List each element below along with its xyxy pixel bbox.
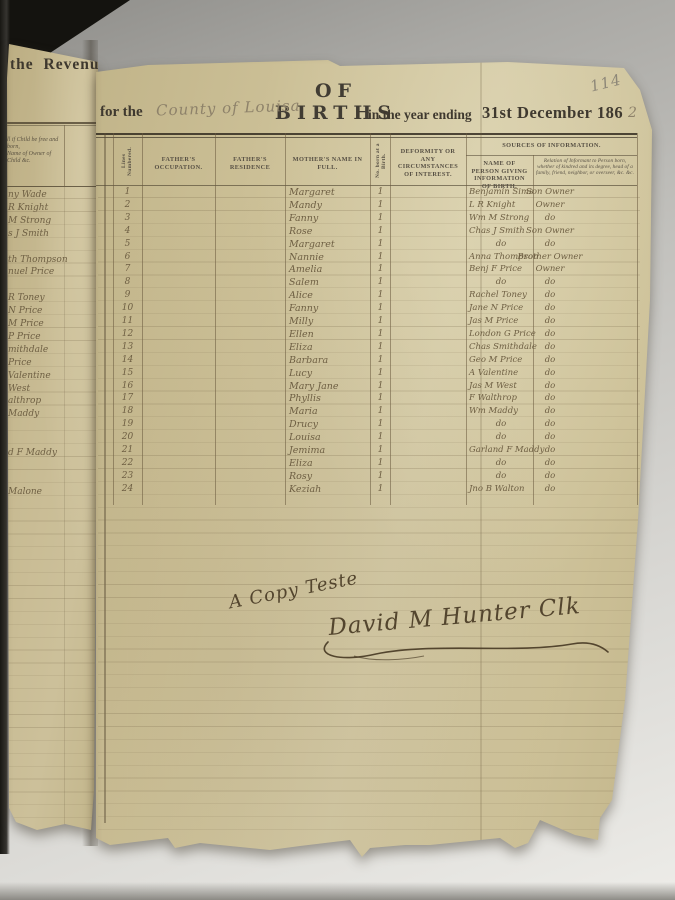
- row-number: 9: [113, 290, 142, 300]
- informant-relation: do: [508, 432, 592, 442]
- births-count: 1: [371, 187, 390, 197]
- row-number: 1: [113, 187, 142, 197]
- row-number: 5: [113, 239, 142, 249]
- left-entry: M Strong: [8, 216, 51, 226]
- births-count: 1: [371, 406, 390, 416]
- informant-relation: do: [508, 355, 592, 365]
- row-number: 14: [113, 355, 142, 365]
- table-row: 24Keziah1Jno B Waltondo: [88, 484, 663, 497]
- left-entry: P Price: [8, 332, 41, 342]
- row-number: 4: [113, 226, 142, 236]
- mother-name: Drucy: [289, 419, 369, 430]
- table-row: 14Barbara1Geo M Pricedo: [88, 355, 663, 368]
- births-count: 1: [371, 355, 390, 365]
- main-page: 114 OF BIRTHS for the County of Louisa i…: [88, 52, 663, 862]
- births-count: 1: [371, 316, 390, 326]
- births-count: 1: [371, 264, 390, 274]
- births-count: 1: [371, 290, 390, 300]
- births-count: 1: [371, 458, 390, 468]
- births-count: 1: [371, 368, 390, 378]
- table-row: 9Alice1Rachel Toneydo: [88, 290, 663, 303]
- mother-name: Phyllis: [289, 393, 369, 404]
- left-page: the Revenue ll if Child be free and born…: [7, 38, 98, 838]
- row-number: 3: [113, 213, 142, 223]
- left-entry: Malone: [8, 487, 42, 497]
- table-row: 22Eliza1dodo: [88, 458, 663, 471]
- table-row: 16Mary Jane1Jas M Westdo: [88, 381, 663, 394]
- births-count: 1: [371, 200, 390, 210]
- row-number: 24: [113, 484, 142, 494]
- mother-name: Rosy: [289, 471, 369, 482]
- row-number: 13: [113, 342, 142, 352]
- informant-relation: Owner: [508, 200, 592, 210]
- informant-relation: do: [508, 316, 592, 326]
- table-row: 10Fanny1Jane N Pricedo: [88, 303, 663, 316]
- left-entries: ny WadeR KnightM Strongs J Smithth Thomp…: [7, 38, 98, 838]
- mother-name: Margaret: [289, 239, 369, 250]
- photo-bottom-shadow: [0, 882, 675, 900]
- births-count: 1: [371, 329, 390, 339]
- row-number: 19: [113, 419, 142, 429]
- informant-relation: do: [508, 290, 592, 300]
- informant-relation: do: [508, 445, 592, 455]
- mother-name: Salem: [289, 277, 369, 288]
- table-row: 19Drucy1dodo: [88, 419, 663, 432]
- row-number: 23: [113, 471, 142, 481]
- mother-name: Fanny: [289, 303, 369, 314]
- births-count: 1: [371, 445, 390, 455]
- mother-name: Mandy: [289, 200, 369, 211]
- table-row: 21Jemima1Garland F Maddydo: [88, 445, 663, 458]
- mother-name: Lucy: [289, 368, 369, 379]
- left-entry: nuel Price: [8, 267, 54, 277]
- row-number: 10: [113, 303, 142, 313]
- row-number: 22: [113, 458, 142, 468]
- births-count: 1: [371, 213, 390, 223]
- mother-name: Keziah: [289, 484, 369, 495]
- informant-relation: do: [508, 419, 592, 429]
- informant-relation: do: [508, 368, 592, 378]
- left-page-sheet: the Revenue ll if Child be free and born…: [7, 38, 98, 838]
- table-row: 2Mandy1L R KnightOwner: [88, 200, 663, 213]
- informant-relation: do: [508, 406, 592, 416]
- births-count: 1: [371, 471, 390, 481]
- row-number: 7: [113, 264, 142, 274]
- table-row: 6Nannie1Anna ThompsonBrother Owner: [88, 252, 663, 265]
- births-count: 1: [371, 484, 390, 494]
- row-number: 6: [113, 252, 142, 262]
- informant-relation: do: [508, 239, 592, 249]
- table-row: 3Fanny1Wm M Strongdo: [88, 213, 663, 226]
- row-number: 16: [113, 381, 142, 391]
- mother-name: Jemima: [289, 445, 369, 456]
- mother-name: Barbara: [289, 355, 369, 366]
- table-row: 12Ellen1London G Pricedo: [88, 329, 663, 342]
- births-count: 1: [371, 393, 390, 403]
- births-count: 1: [371, 226, 390, 236]
- mother-name: Maria: [289, 406, 369, 417]
- informant-relation: do: [508, 484, 592, 494]
- table-row: 11Milly1Jas M Pricedo: [88, 316, 663, 329]
- informant-relation: do: [508, 342, 592, 352]
- table-row: 17Phyllis1F Walthropdo: [88, 393, 663, 406]
- row-number: 20: [113, 432, 142, 442]
- births-count: 1: [371, 277, 390, 287]
- table-row: 20Louisa1dodo: [88, 432, 663, 445]
- informant-relation: do: [508, 303, 592, 313]
- mother-name: Milly: [289, 316, 369, 327]
- informant-relation: Son Owner: [508, 226, 592, 236]
- left-entry: West: [8, 384, 30, 394]
- informant-relation: do: [508, 329, 592, 339]
- births-count: 1: [371, 303, 390, 313]
- left-entry: R Toney: [8, 293, 45, 303]
- table-row: 8Salem1dodo: [88, 277, 663, 290]
- mother-name: Nannie: [289, 252, 369, 263]
- mother-name: Mary Jane: [289, 381, 369, 392]
- mother-name: Fanny: [289, 213, 369, 224]
- left-entry: ny Wade: [8, 190, 47, 200]
- left-entry: th Thompson: [8, 255, 68, 265]
- left-entry: Valentine: [8, 371, 51, 381]
- births-count: 1: [371, 252, 390, 262]
- informant-relation: do: [508, 277, 592, 287]
- table-row: 23Rosy1dodo: [88, 471, 663, 484]
- informant-relation: Brother Owner: [508, 252, 592, 262]
- births-count: 1: [371, 342, 390, 352]
- mother-name: Alice: [289, 290, 369, 301]
- mother-name: Eliza: [289, 342, 369, 353]
- row-number: 11: [113, 316, 142, 326]
- table-row: 15Lucy1A Valentinedo: [88, 368, 663, 381]
- mother-name: Amelia: [289, 264, 369, 275]
- left-entry: N Price: [8, 306, 42, 316]
- mother-name: Margaret: [289, 187, 369, 198]
- informant-relation: do: [508, 381, 592, 391]
- informant-relation: Son Owner: [508, 187, 592, 197]
- informant-relation: do: [508, 393, 592, 403]
- left-entry: d F Maddy: [8, 448, 57, 458]
- births-count: 1: [371, 239, 390, 249]
- table-row: 18Maria1Wm Maddydo: [88, 406, 663, 419]
- table-row: 1Margaret1Benjamin SimsSon Owner: [88, 187, 663, 200]
- informant-relation: do: [508, 471, 592, 481]
- informant-relation: Owner: [508, 264, 592, 274]
- mother-name: Rose: [289, 226, 369, 237]
- row-number: 12: [113, 329, 142, 339]
- table-row: 5Margaret1dodo: [88, 239, 663, 252]
- table-row: 7Amelia1Benj F PriceOwner: [88, 264, 663, 277]
- left-entry: Maddy: [8, 409, 39, 419]
- left-entry: althrop: [8, 396, 41, 406]
- mother-name: Louisa: [289, 432, 369, 443]
- informant-relation: do: [508, 458, 592, 468]
- left-entry: Price: [8, 358, 32, 368]
- table-row: 4Rose1Chas J SmithSon Owner: [88, 226, 663, 239]
- row-number: 17: [113, 393, 142, 403]
- left-entry: mithdale: [8, 345, 48, 355]
- births-count: 1: [371, 432, 390, 442]
- row-number: 8: [113, 277, 142, 287]
- signature-flourish: [314, 636, 614, 664]
- informant-relation: do: [508, 213, 592, 223]
- births-count: 1: [371, 381, 390, 391]
- left-entry: s J Smith: [8, 229, 49, 239]
- row-number: 15: [113, 368, 142, 378]
- mother-name: Eliza: [289, 458, 369, 469]
- table-rows: 1Margaret1Benjamin SimsSon Owner2Mandy1L…: [88, 52, 663, 862]
- mother-name: Ellen: [289, 329, 369, 340]
- row-number: 18: [113, 406, 142, 416]
- left-entry: R Knight: [8, 203, 48, 213]
- main-page-sheet: 114 OF BIRTHS for the County of Louisa i…: [88, 52, 663, 862]
- births-count: 1: [371, 419, 390, 429]
- row-number: 2: [113, 200, 142, 210]
- table-row: 13Eliza1Chas Smithdaledo: [88, 342, 663, 355]
- left-entry: M Price: [8, 319, 44, 329]
- row-number: 21: [113, 445, 142, 455]
